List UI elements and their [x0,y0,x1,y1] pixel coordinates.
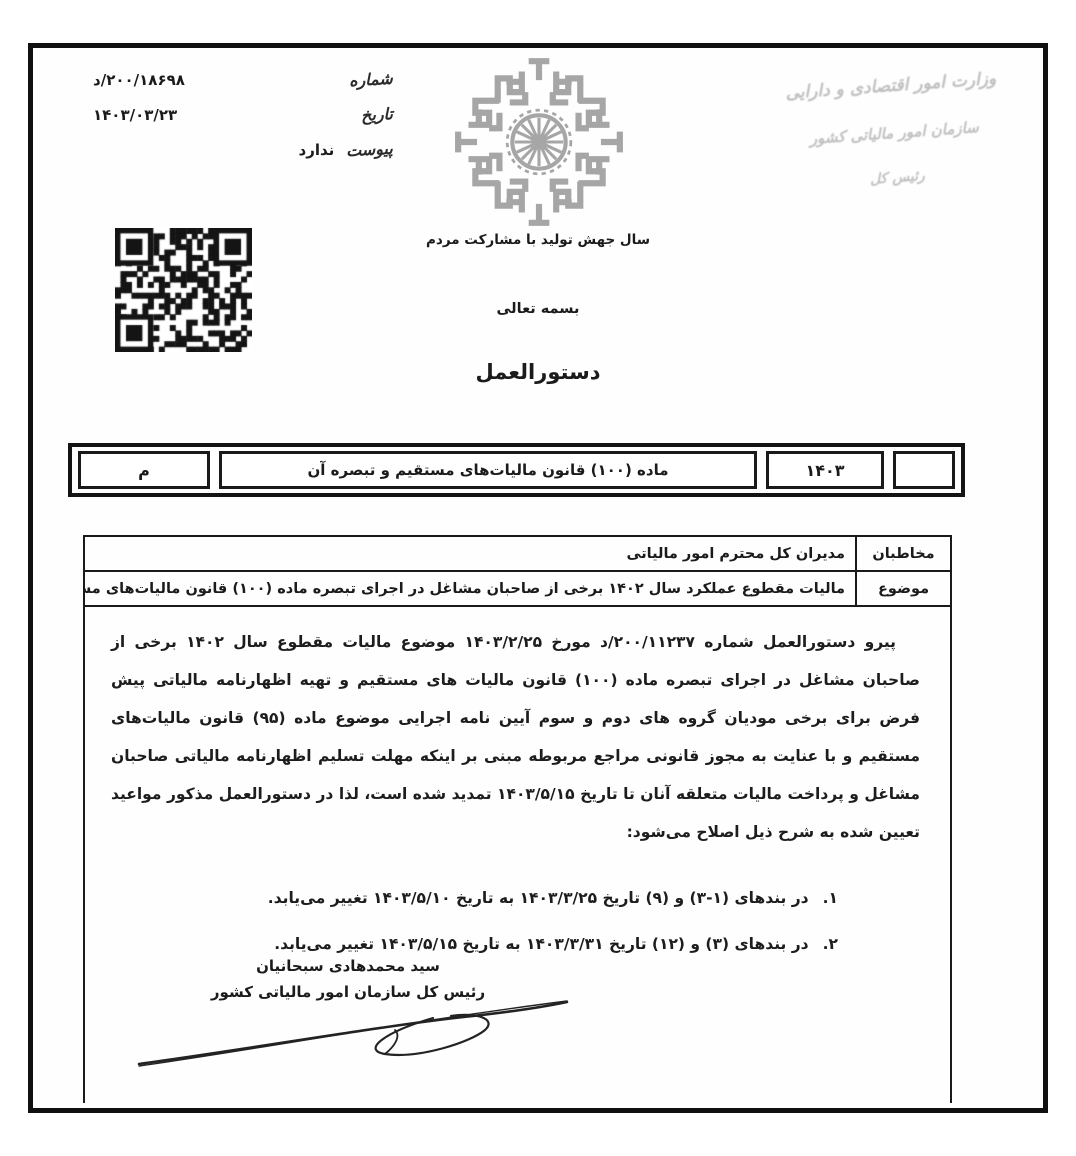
table-row: موضوع مالیات مقطوع عملکرد سال ۱۴۰۲ برخی … [85,572,950,605]
attachment-value: ندارد [299,141,335,159]
band-code-cell: م [78,451,210,489]
band-empty-cell [893,451,955,489]
subject-label: موضوع [855,572,950,605]
band-title-cell: ماده (۱۰۰) قانون مالیات‌های مستقیم و تبص… [219,451,757,489]
date-label: تاریخ [361,104,394,125]
band-year-cell: ۱۴۰۳ [766,451,884,489]
letter-meta: شماره ۲۰۰/۱۸۶۹۸/د تاریخ ۱۴۰۳/۰۳/۲۳ پیوست… [93,70,393,175]
number-label: شماره [349,69,394,90]
subject-value: مالیات مقطوع عملکرد سال ۱۴۰۲ برخی از صاح… [85,572,855,605]
body-paragraph: پیرو دستورالعمل شماره ۲۰۰/۱۱۲۳۷/د مورخ ۱… [85,607,950,851]
list-item: ۱.در بندهای (۱-۳) و (۹) تاریخ ۱۴۰۳/۳/۲۵ … [125,875,838,921]
basmala-text: بسمه تعالی [33,301,1043,317]
document-type-title: دستورالعمل [33,360,1043,384]
item-number: ۱. [823,889,838,907]
addressees-label: مخاطبان [855,537,950,570]
item-text: در بندهای (۳) و (۱۲) تاریخ ۱۴۰۳/۳/۳۱ به … [274,935,808,953]
table-row: مخاطبان مدیران کل محترم امور مالیاتی [85,537,950,572]
date-value: ۱۴۰۳/۰۳/۲۳ [93,106,177,124]
number-value: ۲۰۰/۱۸۶۹۸/د [93,71,185,89]
meta-row-date: تاریخ ۱۴۰۳/۰۳/۲۳ [93,105,393,124]
handwritten-signature-icon [133,988,573,1078]
classification-band: ۱۴۰۳ ماده (۱۰۰) قانون مالیات‌های مستقیم … [68,443,965,497]
year-slogan: سال جهش تولید با مشارکت مردم [33,232,1043,248]
document-page: وزارت امور اقتصادی و دارایی سازمان امور … [0,0,1076,1156]
item-text: در بندهای (۱-۳) و (۹) تاریخ ۱۴۰۳/۳/۲۵ به… [268,889,809,907]
addressees-value: مدیران کل محترم امور مالیاتی [85,537,855,570]
ministry-letterhead: وزارت امور اقتصادی و دارایی سازمان امور … [755,53,1034,209]
document-frame: وزارت امور اقتصادی و دارایی سازمان امور … [28,43,1048,1113]
signer-name: سید محمدهادی سبحانیان [153,953,543,979]
meta-row-attachment: پیوست ندارد [93,140,393,159]
tax-administration-logo-icon [453,56,625,228]
item-number: ۲. [823,935,838,953]
attachment-label: پیوست [346,139,394,160]
info-table: مخاطبان مدیران کل محترم امور مالیاتی موض… [83,535,952,607]
meta-row-number: شماره ۲۰۰/۱۸۶۹۸/د [93,70,393,89]
